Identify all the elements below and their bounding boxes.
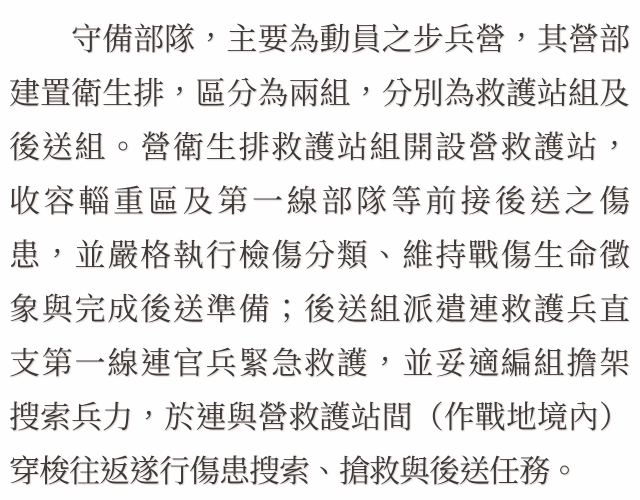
text-line: 後送組。營衛生排救護站組開設營救護站， — [9, 121, 630, 175]
text-line: 患，並嚴格執行檢傷分類、維持戰傷生命徵 — [9, 229, 630, 283]
document-page: 守備部隊，主要為動員之步兵營，其營部 建置衛生排，區分為兩組，分別為救護站組及 … — [0, 0, 640, 500]
text-line: 支第一線連官兵緊急救護，並妥適編組擔架 — [9, 337, 630, 391]
text-line: 建置衛生排，區分為兩組，分別為救護站組及 — [9, 67, 630, 121]
text-line: 守備部隊，主要為動員之步兵營，其營部 — [9, 13, 630, 67]
text-line: 穿梭往返遂行傷患搜索、搶救與後送任務。 — [9, 445, 630, 499]
text-line: 象與完成後送準備；後送組派遣連救護兵直 — [9, 283, 630, 337]
paragraph: 守備部隊，主要為動員之步兵營，其營部 建置衛生排，區分為兩組，分別為救護站組及 … — [9, 13, 630, 499]
text-line: 搜索兵力，於連與營救護站間（作戰地境內） — [9, 391, 630, 445]
text-line: 收容輜重區及第一線部隊等前接後送之傷 — [9, 175, 630, 229]
